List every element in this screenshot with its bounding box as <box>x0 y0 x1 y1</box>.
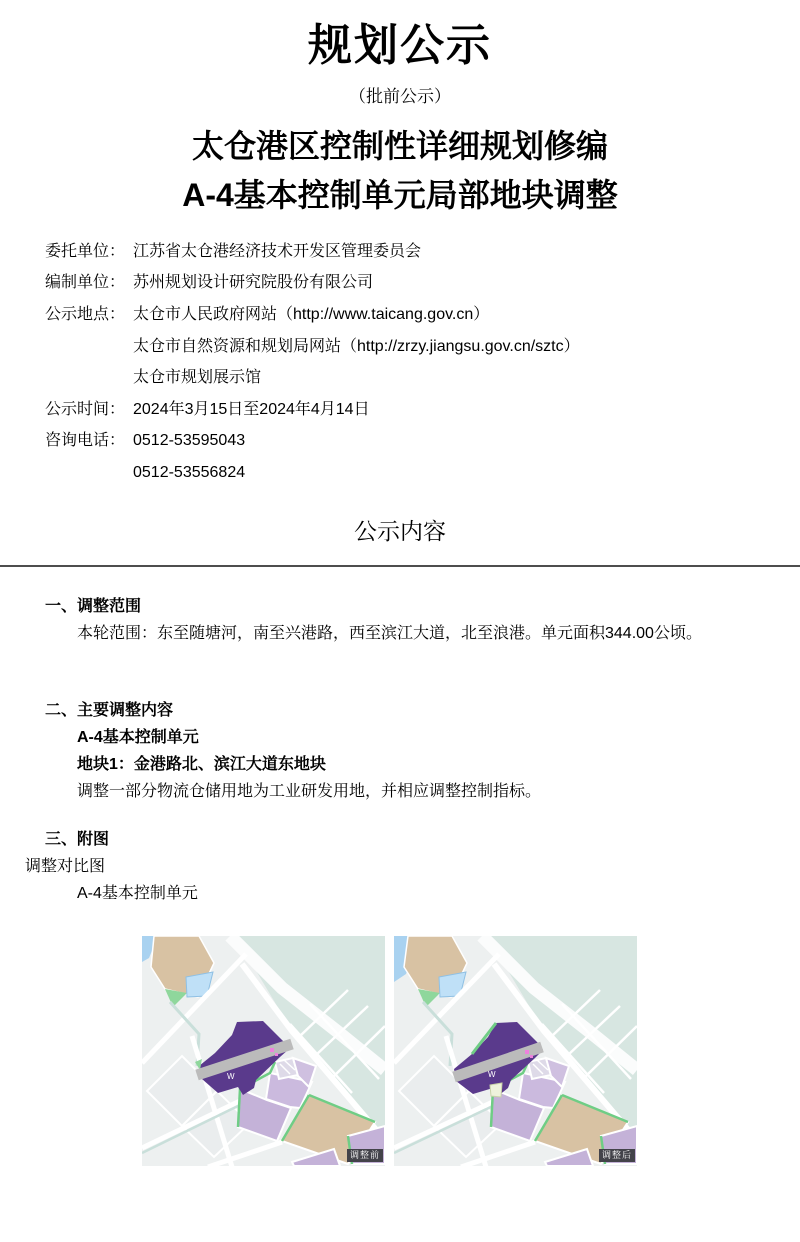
page-title: 规划公示 <box>0 22 800 70</box>
section2-title: 二、主要调整内容 <box>45 697 800 724</box>
info-row: 咨询电话： 0512-53595043 <box>45 425 800 457</box>
divider-line <box>0 565 800 567</box>
info-label: 编制单位： <box>45 267 133 299</box>
info-value: 0512-53595043 <box>133 425 245 457</box>
info-value: 2024年3月15日至2024年4月14日 <box>133 394 370 426</box>
info-row: 编制单位： 苏州规划设计研究院股份有限公司 <box>45 267 800 299</box>
content-heading: 公示内容 <box>0 517 800 547</box>
info-row: 太仓市规划展示馆 <box>45 362 800 394</box>
pink-marker <box>525 1050 529 1054</box>
section2-plot: 地块1：金港路北、滨江大道东地块 <box>77 751 800 778</box>
info-row: 0512-53556824 <box>45 457 800 489</box>
map-after-tag: 调整后 <box>599 1149 635 1162</box>
info-value: 0512-53556824 <box>133 457 245 489</box>
map-after: W 调整后 <box>394 936 637 1166</box>
changed-subparcel <box>490 1083 502 1097</box>
plan-name-line2: A-4基本控制单元局部地块调整 <box>0 174 800 216</box>
map-before-svg: W <box>142 936 385 1166</box>
comparison-figure: W 调整前 <box>142 936 637 1166</box>
section3-caption: 调整对比图 <box>25 853 800 880</box>
pink-marker <box>530 1055 533 1058</box>
info-row: 委托单位： 江苏省太仓港经济技术开发区管理委员会 <box>45 236 800 268</box>
pink-marker <box>270 1048 274 1052</box>
info-row: 公示地点： 太仓市人民政府网站（http://www.taicang.gov.c… <box>45 299 800 331</box>
section1-body: 本轮范围：东至随塘河，南至兴港路，西至滨江大道，北至浪港。单元面积344.00公… <box>77 620 800 647</box>
info-label <box>45 457 133 489</box>
section2-body: 调整一部分物流仓储用地为工业研发用地，并相应调整控制指标。 <box>77 778 800 805</box>
info-value: 苏州规划设计研究院股份有限公司 <box>133 267 373 299</box>
section3-title: 三、附图 <box>45 826 800 853</box>
info-value: 江苏省太仓港经济技术开发区管理委员会 <box>133 236 421 268</box>
announcement-document: 规划公示 （批前公示） 太仓港区控制性详细规划修编 A-4基本控制单元局部地块调… <box>0 0 800 1242</box>
info-row: 公示时间： 2024年3月15日至2024年4月14日 <box>45 394 800 426</box>
section2-unit: A-4基本控制单元 <box>77 724 800 751</box>
map-before: W 调整前 <box>142 936 385 1166</box>
info-value: 太仓市规划展示馆 <box>133 362 261 394</box>
plan-name-line1: 太仓港区控制性详细规划修编 <box>0 125 800 167</box>
info-value: 太仓市自然资源和规划局网站（http://zrzy.jiangsu.gov.cn… <box>133 331 580 363</box>
info-label <box>45 331 133 363</box>
parcel-code: W <box>227 1072 235 1081</box>
pink-marker <box>275 1053 278 1056</box>
section1-title: 一、调整范围 <box>45 593 800 620</box>
parcel-code: W <box>488 1070 496 1079</box>
section3-unit: A-4基本控制单元 <box>77 880 800 907</box>
info-block: 委托单位： 江苏省太仓港经济技术开发区管理委员会 编制单位： 苏州规划设计研究院… <box>45 236 800 489</box>
info-label: 咨询电话： <box>45 425 133 457</box>
info-label: 委托单位： <box>45 236 133 268</box>
announcement-type: （批前公示） <box>0 82 800 107</box>
info-label: 公示时间： <box>45 394 133 426</box>
info-label: 公示地点： <box>45 299 133 331</box>
info-value: 太仓市人民政府网站（http://www.taicang.gov.cn） <box>133 299 489 331</box>
info-label <box>45 362 133 394</box>
info-row: 太仓市自然资源和规划局网站（http://zrzy.jiangsu.gov.cn… <box>45 331 800 363</box>
map-before-tag: 调整前 <box>347 1149 383 1162</box>
map-after-svg: W <box>394 936 637 1166</box>
